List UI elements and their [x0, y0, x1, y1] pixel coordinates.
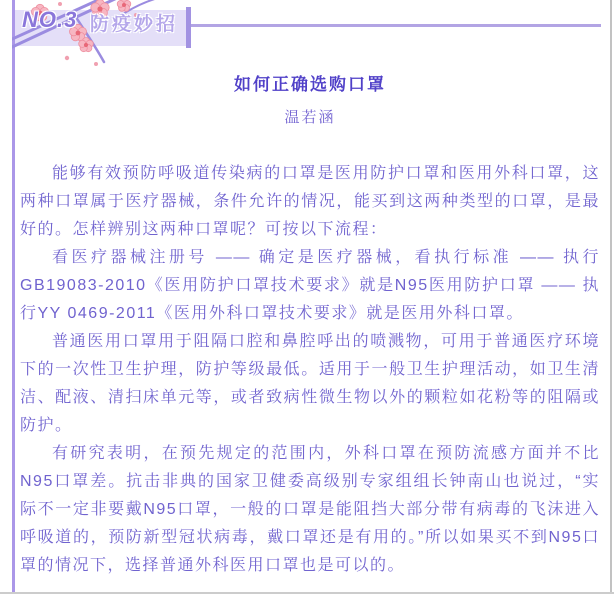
article-body: 能够有效预防呼吸道传染病的口罩是医用防护口罩和医用外科口罩，这两种口罩属于医疗器…: [20, 160, 600, 580]
article: 如何正确选购口罩 温若涵 能够有效预防呼吸道传染病的口罩是医用防护口罩和医用外科…: [20, 60, 600, 580]
banner-rule-line: [191, 24, 601, 27]
article-title: 如何正确选购口罩: [20, 70, 600, 95]
right-page-border: [610, 0, 612, 594]
article-paragraph-2: 看医疗器械注册号 —— 确定是医疗器械，看执行标准 —— 执行GB19083-2…: [20, 244, 600, 328]
left-page-border: [12, 0, 15, 592]
page: NO.3 防疫妙招 如何正确选购口罩 温若涵 能够有效预防呼吸道传染病的口罩是医…: [0, 0, 614, 594]
banner-number: NO.3: [22, 7, 77, 33]
banner-end-bar: [186, 7, 191, 48]
banner-label: 防疫妙招: [90, 9, 178, 36]
article-paragraph-1: 能够有效预防呼吸道传染病的口罩是医用防护口罩和医用外科口罩，这两种口罩属于医疗器…: [20, 160, 600, 244]
article-paragraph-3: 普通医用口罩用于阻隔口腔和鼻腔呼出的喷溅物，可用于普通医疗环境下的一次性卫生护理…: [20, 328, 600, 440]
article-paragraph-4: 有研究表明，在预先规定的范围内，外科口罩在预防流感方面并不比N95口罩差。抗击非…: [20, 440, 600, 580]
article-author: 温若涵: [20, 106, 600, 127]
